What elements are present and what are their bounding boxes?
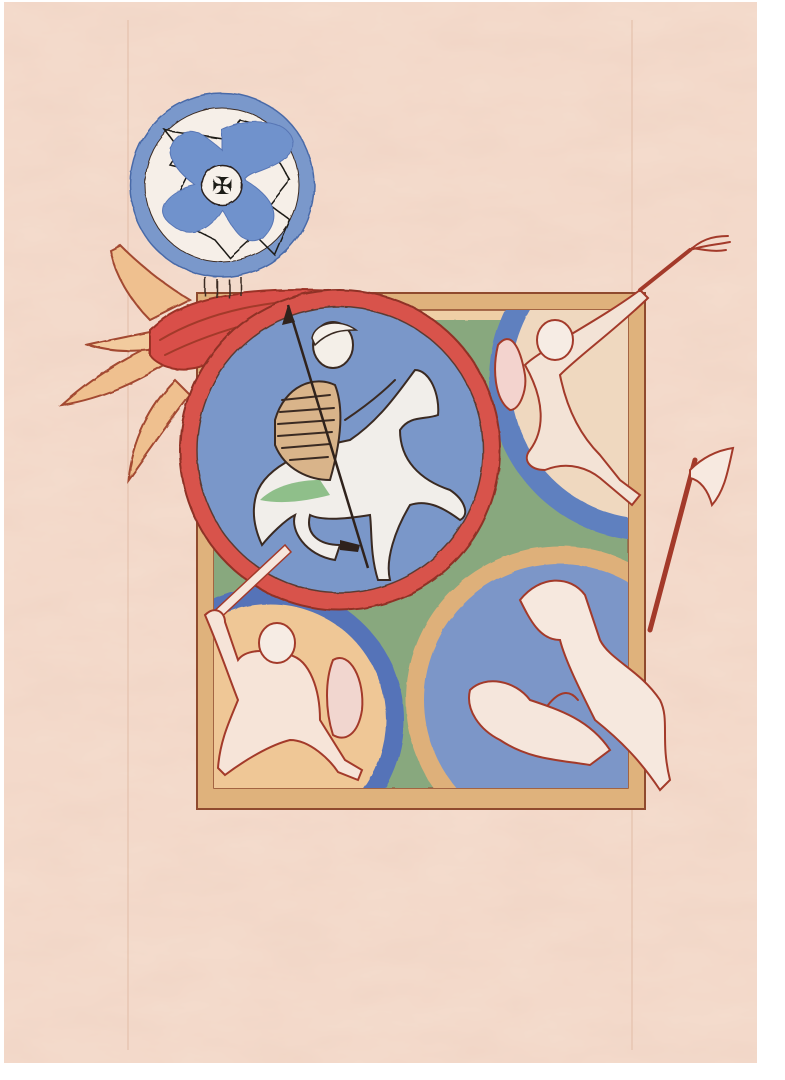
manuscript-illumination: ✠: [0, 0, 785, 1080]
cross-icon: ✠: [212, 172, 232, 200]
